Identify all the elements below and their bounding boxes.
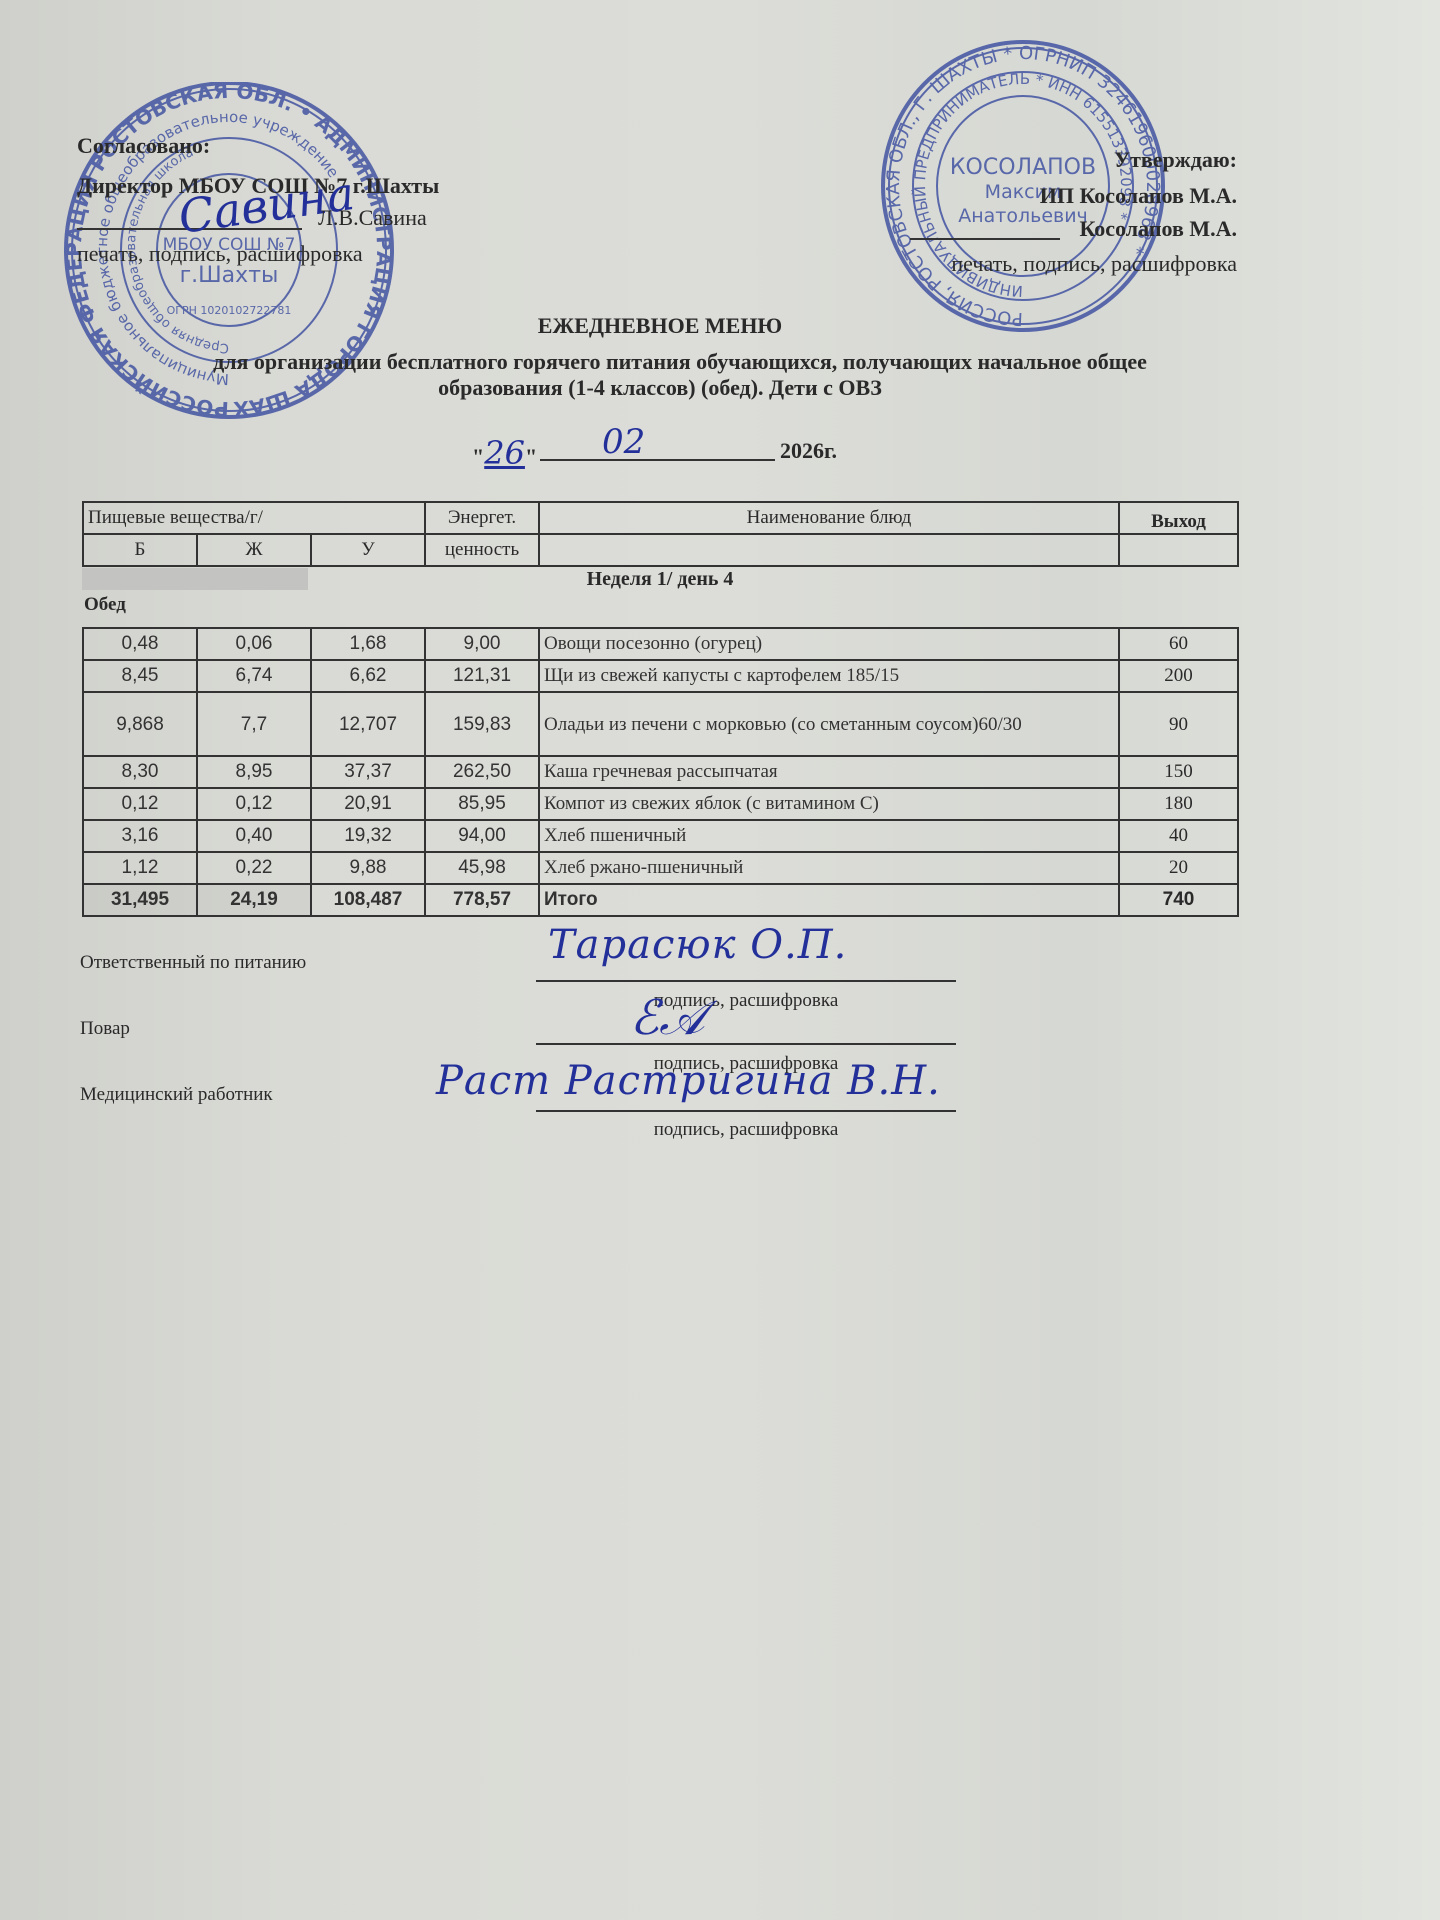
cell-protein: 0,48 xyxy=(83,628,197,660)
signature-label-nutrition: Ответственный по питанию xyxy=(80,952,306,974)
cell-energy: 262,50 xyxy=(425,756,539,788)
cell-dish-name: Оладьи из печени с морковью (со сметанны… xyxy=(539,692,1119,756)
table-row: 0,480,061,689,00Овощи посезонно (огурец)… xyxy=(83,628,1238,660)
cell-carbs: 1,68 xyxy=(311,628,425,660)
date-year: 2026г. xyxy=(780,438,837,464)
total-label: Итого xyxy=(539,884,1119,916)
table-row: 3,160,4019,3294,00Хлеб пшеничный40 xyxy=(83,820,1238,852)
cell-protein: 3,16 xyxy=(83,820,197,852)
total-fat: 24,19 xyxy=(197,884,311,916)
header-carbs: У xyxy=(311,534,425,566)
approval-right-position: ИП Косолапов М.А. xyxy=(1040,182,1237,210)
cell-fat: 0,12 xyxy=(197,788,311,820)
meal-label: Обед xyxy=(84,594,126,616)
table-row: 9,8687,712,707159,83Оладьи из печени с м… xyxy=(83,692,1238,756)
signature-medical: Раст Растригина В.Н. xyxy=(436,1058,941,1104)
total-carbs: 108,487 xyxy=(311,884,425,916)
cell-yield: 180 xyxy=(1119,788,1238,820)
approval-right-signer: Косолапов М.А. xyxy=(1079,215,1237,243)
table-row: 0,120,1220,9185,95Компот из свежих яблок… xyxy=(83,788,1238,820)
cell-yield: 90 xyxy=(1119,692,1238,756)
table-row: 1,120,229,8845,98Хлеб ржано-пшеничный20 xyxy=(83,852,1238,884)
total-yield: 740 xyxy=(1119,884,1238,916)
date-day: 26 xyxy=(484,434,525,472)
date-quote-close: " xyxy=(525,444,537,469)
cell-dish-name: Овощи посезонно (огурец) xyxy=(539,628,1119,660)
cell-dish-name: Щи из свежей капусты с картофелем 185/15 xyxy=(539,660,1119,692)
cell-fat: 0,22 xyxy=(197,852,311,884)
signature-label-cook: Повар xyxy=(80,1018,130,1040)
menu-table-body: 0,480,061,689,00Овощи посезонно (огурец)… xyxy=(83,628,1238,916)
header-energy-value: ценность xyxy=(425,534,539,566)
signature-line-cook xyxy=(536,1043,956,1045)
cell-protein: 9,868 xyxy=(83,692,197,756)
document-subtitle-line1: для организации бесплатного горячего пит… xyxy=(20,348,1340,376)
approval-left-heading: Согласовано: xyxy=(77,132,210,160)
document-subtitle-line2: образования (1-4 классов) (обед). Дети с… xyxy=(0,374,1320,402)
cell-fat: 7,7 xyxy=(197,692,311,756)
cell-dish-name: Каша гречневая рассыпчатая xyxy=(539,756,1119,788)
cell-fat: 0,06 xyxy=(197,628,311,660)
cell-carbs: 9,88 xyxy=(311,852,425,884)
header-nutrients: Пищевые вещества/г/ xyxy=(83,502,425,534)
header-empty-name xyxy=(539,534,1119,566)
cell-dish-name: Хлеб пшеничный xyxy=(539,820,1119,852)
cell-protein: 8,45 xyxy=(83,660,197,692)
signature-caption-nutrition: подпись, расшифровка xyxy=(536,990,956,1012)
signature-label-medical: Медицинский работник xyxy=(80,1084,273,1106)
date-line: "26" xyxy=(472,434,537,472)
cell-energy: 94,00 xyxy=(425,820,539,852)
cell-yield: 60 xyxy=(1119,628,1238,660)
cell-carbs: 20,91 xyxy=(311,788,425,820)
date-quote-open: " xyxy=(472,444,484,469)
cell-yield: 20 xyxy=(1119,852,1238,884)
header-yield: Выход xyxy=(1119,502,1238,534)
cell-carbs: 19,32 xyxy=(311,820,425,852)
cell-fat: 0,40 xyxy=(197,820,311,852)
approval-right-caption: печать, подпись, расшифровка xyxy=(951,250,1237,278)
cell-protein: 0,12 xyxy=(83,788,197,820)
header-dish-name: Наименование блюд xyxy=(539,502,1119,534)
header-fat: Ж xyxy=(197,534,311,566)
menu-table: 0,480,061,689,00Овощи посезонно (огурец)… xyxy=(82,627,1239,917)
week-day-label: Неделя 1/ день 4 xyxy=(0,568,1320,591)
cell-energy: 9,00 xyxy=(425,628,539,660)
cell-yield: 200 xyxy=(1119,660,1238,692)
cell-energy: 45,98 xyxy=(425,852,539,884)
cell-protein: 8,30 xyxy=(83,756,197,788)
cell-protein: 1,12 xyxy=(83,852,197,884)
signature-cook: ℰ𝒜 xyxy=(630,990,704,1047)
cell-fat: 6,74 xyxy=(197,660,311,692)
header-energy: Энергет. xyxy=(425,502,539,534)
cell-carbs: 12,707 xyxy=(311,692,425,756)
cell-carbs: 37,37 xyxy=(311,756,425,788)
signature-line-medical xyxy=(536,1110,956,1112)
cell-carbs: 6,62 xyxy=(311,660,425,692)
header-empty-yield xyxy=(1119,534,1238,566)
signature-line-nutrition xyxy=(536,980,956,982)
table-row: 8,456,746,62121,31Щи из свежей капусты с… xyxy=(83,660,1238,692)
cell-fat: 8,95 xyxy=(197,756,311,788)
approval-right-signature-line xyxy=(910,238,1060,240)
cell-dish-name: Хлеб ржано-пшеничный xyxy=(539,852,1119,884)
cell-energy: 85,95 xyxy=(425,788,539,820)
signature-nutrition: Тарасюк О.П. xyxy=(548,922,847,968)
header-protein: Б xyxy=(83,534,197,566)
total-protein: 31,495 xyxy=(83,884,197,916)
table-row-total: 31,49524,19108,487778,57Итого740 xyxy=(83,884,1238,916)
date-month: 02 xyxy=(602,422,645,462)
cell-energy: 159,83 xyxy=(425,692,539,756)
menu-table-header: Пищевые вещества/г/ Энергет. Наименовани… xyxy=(82,501,1239,567)
table-row: 8,308,9537,37262,50Каша гречневая рассып… xyxy=(83,756,1238,788)
approval-right-heading: Утверждаю: xyxy=(1114,146,1237,174)
approval-left-signer: Л.В.Савина xyxy=(318,204,427,232)
document-title: ЕЖЕДНЕВНОЕ МЕНЮ xyxy=(0,312,1320,340)
cell-energy: 121,31 xyxy=(425,660,539,692)
svg-text:КОСОЛАПОВ: КОСОЛАПОВ xyxy=(950,155,1096,180)
cell-yield: 40 xyxy=(1119,820,1238,852)
date-month-line xyxy=(540,459,775,461)
signature-caption-medical: подпись, расшифровка xyxy=(536,1119,956,1141)
cell-yield: 150 xyxy=(1119,756,1238,788)
approval-left-caption: печать, подпись, расшифровка xyxy=(77,240,363,268)
total-energy: 778,57 xyxy=(425,884,539,916)
cell-dish-name: Компот из свежих яблок (с витамином С) xyxy=(539,788,1119,820)
